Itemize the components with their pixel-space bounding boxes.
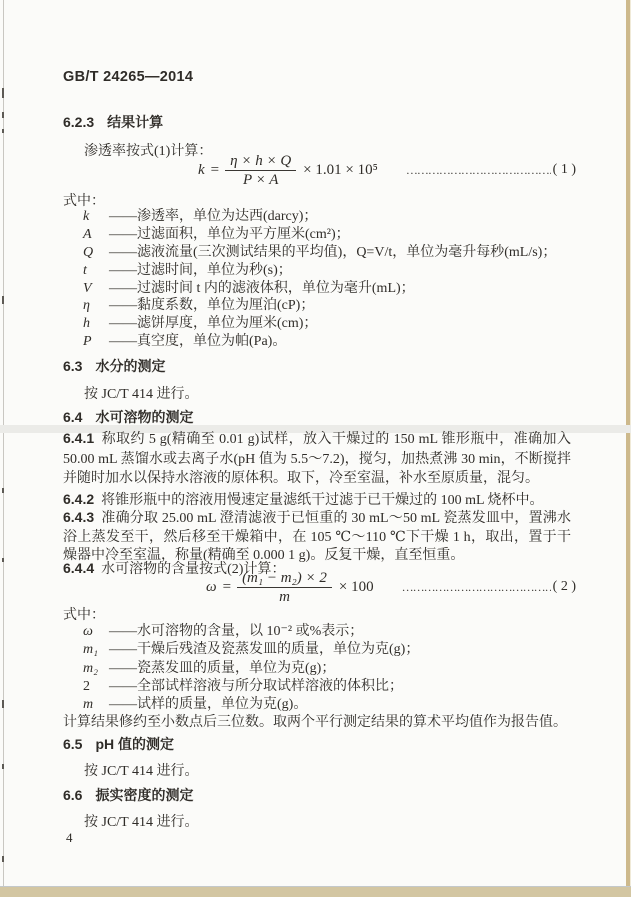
heading-title: 水分的测定	[95, 358, 165, 374]
definition-list-1: k——渗透率，单位为达西(darcy)； A——过滤面积，单位为平方厘米(cm²…	[83, 205, 556, 348]
dotted-leader: ………………………………………………………	[406, 163, 551, 178]
clause-number: 6.4.3	[63, 509, 94, 525]
standard-number-header: GB/T 24265—2014	[63, 69, 193, 85]
definition-row: m₂——瓷蒸发皿的质量，单位为克(g)；	[83, 657, 419, 675]
definition-symbol: P	[83, 334, 109, 350]
equation-number: ( 2 )	[553, 579, 576, 595]
clause-number: 6.4.2	[63, 491, 94, 507]
clause-6-4-2: 6.4.2将锥形瓶中的溶液用慢速定量滤纸干过滤于已干燥过的 100 mL 烧杯中…	[63, 489, 571, 509]
heading-number: 6.6	[63, 787, 82, 803]
scan-edge-mark	[2, 129, 4, 133]
heading-number: 6.3	[63, 358, 82, 374]
formula-lhs: ω	[206, 579, 217, 596]
heading-title: 结果计算	[107, 114, 163, 130]
definition-symbol: m₁	[83, 642, 109, 658]
formula-fraction: η × h × Q P × A	[225, 153, 296, 188]
clause-text: 准确分取 25.00 mL 澄清滤液于已恒重的 30 mL～50 mL 瓷蒸发皿…	[63, 511, 571, 563]
scan-edge-mark	[2, 88, 4, 98]
reference-line: 按 JC/T 414 进行。	[84, 383, 198, 403]
clause-number: 6.4.1	[63, 430, 94, 446]
definition-row: h——滤饼厚度，单位为厘米(cm)；	[83, 312, 556, 330]
page-bottom-edge	[0, 887, 631, 897]
definition-text: ——干燥后残渣及瓷蒸发皿的质量，单位为克(g)；	[109, 642, 419, 657]
fraction-numerator: η × h × Q	[225, 153, 296, 171]
clause-text: 将锥形瓶中的溶液用慢速定量滤纸干过滤于已干燥过的 100 mL 烧杯中。	[101, 493, 543, 508]
formula-equals: =	[223, 579, 231, 596]
definition-row: A——过滤面积，单位为平方厘米(cm²)；	[83, 223, 556, 241]
reference-line: 按 JC/T 414 进行。	[84, 760, 198, 780]
definition-text: ——过滤面积，单位为平方厘米(cm²)；	[109, 227, 350, 242]
definition-row: Q——滤液流量(三次测试结果的平均值)，Q=V/t，单位为毫升每秒(mL/s)；	[83, 241, 556, 259]
formula-equals: =	[211, 162, 219, 179]
formula-1: k = η × h × Q P × A × 1.01 × 10⁵ ……………………	[63, 152, 576, 188]
formula-fraction: (m₁ − m₂) × 2 m	[237, 570, 332, 605]
heading-title: pH 值的测定	[95, 736, 174, 752]
definition-text: ——滤饼厚度，单位为厘米(cm)；	[109, 316, 317, 331]
definition-row: m——试样的质量，单位为克(g)。	[83, 693, 419, 711]
definition-text: ——试样的质量，单位为克(g)。	[109, 697, 307, 712]
definition-text: ——渗透率，单位为达西(darcy)；	[109, 209, 317, 224]
definition-text: ——真空度，单位为帕(Pa)。	[109, 334, 286, 349]
equation-number: ( 1 )	[553, 162, 576, 178]
heading-title: 振实密度的测定	[95, 787, 193, 803]
fraction-numerator: (m₁ − m₂) × 2	[237, 570, 332, 588]
scan-edge-mark	[2, 764, 4, 769]
scan-edge-mark	[2, 488, 4, 493]
scan-edge-mark	[2, 296, 4, 304]
definition-text: ——黏度系数，单位为厘泊(cP)；	[109, 298, 314, 313]
heading-6-4: 6.4水可溶物的测定	[63, 407, 193, 427]
page-number: 4	[66, 830, 73, 846]
heading-title: 水可溶物的测定	[95, 409, 193, 425]
definition-row: k——渗透率，单位为达西(darcy)；	[83, 205, 556, 223]
heading-6-3: 6.3水分的测定	[63, 356, 165, 376]
definition-row: ω——水可溶物的含量，以 10⁻² 或%表示；	[83, 620, 419, 638]
heading-6-5: 6.5pH 值的测定	[63, 734, 174, 754]
heading-6-6: 6.6振实密度的测定	[63, 785, 193, 805]
scan-edge-mark	[2, 112, 4, 118]
definition-text: ——瓷蒸发皿的质量，单位为克(g)；	[109, 661, 335, 676]
definition-row: m₁——干燥后残渣及瓷蒸发皿的质量，单位为克(g)；	[83, 638, 419, 656]
scan-left-edge-line	[3, 0, 4, 897]
dotted-leader: ………………………………………………………	[402, 580, 551, 595]
heading-number: 6.2.3	[63, 114, 94, 130]
fraction-denominator: m	[237, 588, 332, 605]
formula-multiplier: × 1.01 × 10⁵	[303, 162, 378, 179]
clause-6-4-3: 6.4.3准确分取 25.00 mL 澄清滤液于已恒重的 30 mL～50 mL…	[63, 508, 571, 566]
definition-text: ——水可溶物的含量，以 10⁻² 或%表示；	[109, 624, 363, 639]
formula-multiplier: × 100	[339, 579, 374, 596]
heading-6-2-3: 6.2.3结果计算	[63, 112, 163, 132]
heading-number: 6.5	[63, 736, 82, 752]
clause-6-4-1: 6.4.1称取约 5 g(精确至 0.01 g)试样，放入干燥过的 150 mL…	[63, 429, 571, 489]
scanned-document-page: GB/T 24265—2014 6.2.3结果计算 渗透率按式(1)计算： k …	[0, 0, 631, 897]
definition-row: V——过滤时间 t 内的滤液体积，单位为毫升(mL)；	[83, 277, 556, 295]
definition-text: ——全部试样溶液与所分取试样溶液的体积比；	[109, 679, 403, 694]
heading-number: 6.4	[63, 409, 82, 425]
definition-text: ——过滤时间，单位为秒(s)；	[109, 263, 292, 278]
definition-row: P——真空度，单位为帕(Pa)。	[83, 330, 556, 348]
formula-lhs: k	[198, 162, 205, 179]
definition-row: 2——全部试样溶液与所分取试样溶液的体积比；	[83, 675, 419, 693]
definition-list-2: ω——水可溶物的含量，以 10⁻² 或%表示； m₁——干燥后残渣及瓷蒸发皿的质…	[83, 620, 419, 711]
definition-text: ——滤液流量(三次测试结果的平均值)，Q=V/t，单位为毫升每秒(mL/s)；	[109, 245, 556, 260]
closing-note: 计算结果修约至小数点后三位数。取两个平行测定结果的算术平均值作为报告值。	[63, 711, 571, 731]
clause-text: 称取约 5 g(精确至 0.01 g)试样，放入干燥过的 150 mL 锥形瓶中…	[63, 432, 571, 486]
scan-edge-mark	[2, 856, 4, 862]
definition-row: η——黏度系数，单位为厘泊(cP)；	[83, 294, 556, 312]
fraction-denominator: P × A	[225, 171, 296, 188]
scan-edge-mark	[2, 700, 4, 708]
scan-edge-mark	[2, 558, 4, 562]
definition-row: t——过滤时间，单位为秒(s)；	[83, 259, 556, 277]
reference-line: 按 JC/T 414 进行。	[84, 811, 198, 831]
formula-2: ω = (m₁ − m₂) × 2 m × 100 ………………………………………	[63, 569, 576, 605]
definition-text: ——过滤时间 t 内的滤液体积，单位为毫升(mL)；	[109, 281, 415, 296]
